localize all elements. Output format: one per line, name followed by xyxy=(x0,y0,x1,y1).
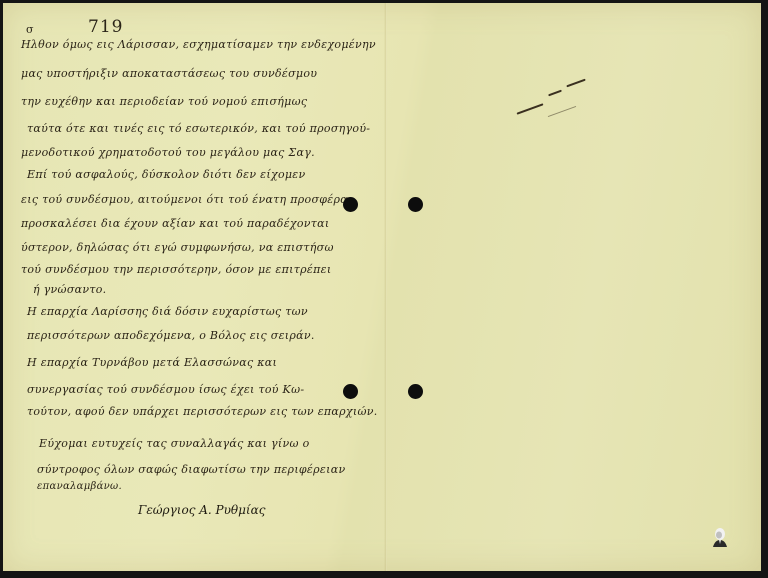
text-line: ταύτα ότε και τινές εις τό εσωτερικόν, κ… xyxy=(27,122,370,135)
text-line: μας υποστήριξιν αποκαταστάσεως του συνδέ… xyxy=(21,67,317,80)
page-number: 719 xyxy=(88,17,123,37)
text-line: προσκαλέσει δια έχουν αξίαν και τού παρα… xyxy=(21,217,330,230)
punch-hole xyxy=(343,384,358,399)
punch-hole xyxy=(343,197,358,212)
ink-stain xyxy=(517,103,544,114)
text-line: τού συνδέσμου την περισσότερην, όσον με … xyxy=(21,263,331,276)
text-line: Ηλθον όμως εις Λάρισσαν, εσχηματίσαμεν τ… xyxy=(21,38,376,51)
corner-mark: σ xyxy=(26,23,34,36)
punch-hole xyxy=(408,197,423,212)
text-line: ή γνώσαντο. xyxy=(33,283,106,296)
text-line: σύντροφος όλων σαφώς διαφωτίσω την περιφ… xyxy=(37,463,345,476)
text-line: τούτον, αφού δεν υπάρχει περισσότερων ει… xyxy=(27,405,378,418)
document-sheet: σ 719 Ηλθον όμως εις Λάρισσαν, εσχηματίσ… xyxy=(3,3,761,571)
portrait-watermark-icon xyxy=(711,527,729,547)
ink-stain xyxy=(548,106,577,117)
punch-hole xyxy=(408,384,423,399)
text-line: Εύχομαι ευτυχείς τας συναλλαγάς και γίνω… xyxy=(39,437,310,450)
ink-stain xyxy=(548,90,562,97)
text-line: Η επαρχία Τυρνάβου μετά Ελασσώνας και xyxy=(27,356,277,369)
text-line: περισσότερων αποδεχόμενα, ο Βόλος εις σε… xyxy=(27,329,315,342)
text-line: επαναλαμβάνω. xyxy=(37,481,122,492)
text-line: μενοδοτικού χρηματοδοτού του μεγάλου μας… xyxy=(21,146,315,159)
text-line: ύστερον, δηλώσας ότι εγώ συμφωνήσω, να ε… xyxy=(21,241,334,254)
text-line: Η επαρχία Λαρίσσης διά δόσιν ευχαρίστως … xyxy=(27,305,308,318)
ink-stain xyxy=(566,79,585,88)
signature: Γεώργιος Α. Ρυθμίας xyxy=(138,503,265,517)
text-line: συνεργασίας τού συνδέσμου ίσως έχει τού … xyxy=(27,383,304,396)
text-line: την ευχέθην και περιοδείαν τού νομού επι… xyxy=(21,95,307,108)
text-line: εις τού συνδέσμου, αιτούμενοι ότι τού έν… xyxy=(21,193,348,206)
text-line: Επί τού ασφαλούς, δύσκολον διότι δεν είχ… xyxy=(27,168,306,181)
center-fold xyxy=(384,3,387,571)
